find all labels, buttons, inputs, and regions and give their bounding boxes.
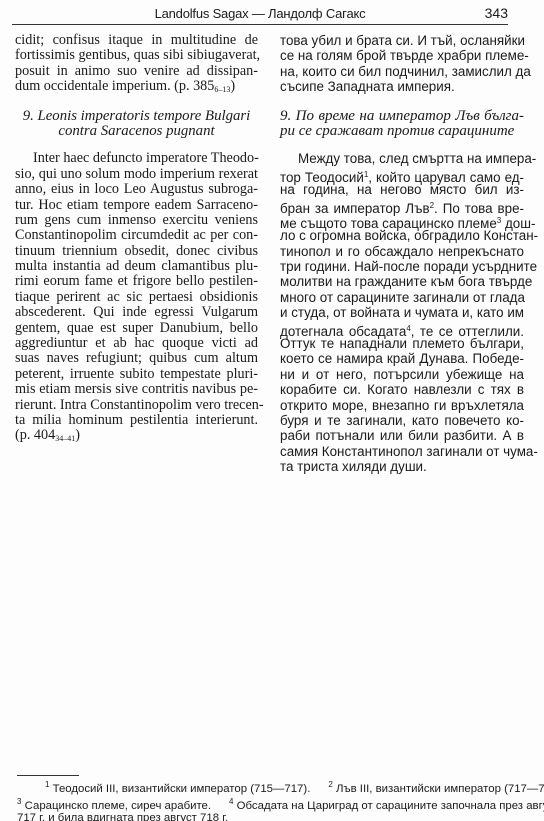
text-line: rierunt. Intra Constantinopolim vero tre… <box>15 398 258 413</box>
page-number: 343 <box>485 5 508 21</box>
bulgarian-body-paragraph: Между това, след смъртта на импера- тор … <box>280 151 524 474</box>
text-line: tur. Hoc etiam tempore eadem Sarraceno- <box>15 198 258 213</box>
text-line: молитви на гражданите към бога твърде <box>280 274 524 289</box>
text-line: anno, eius in loco Leo Augustus subroga- <box>15 182 258 197</box>
bulgarian-intro-paragraph: това убил и брата си. И тъй, осланяйки с… <box>280 33 524 95</box>
footnote-2: Лъв III, византийски император (717—741)… <box>336 783 544 795</box>
text-line: и студа, от войната и чумата и, като им <box>280 305 524 320</box>
text-line: ни и от него, потърсили убежище на <box>280 367 524 382</box>
footnote-4-continued: 717 г. и била вдигната през август 718 г… <box>17 812 228 821</box>
heading-line: 9. По време на император Лъв бълга- <box>280 109 524 124</box>
footnote-line: 3 Сарацинско племе, сиреч арабите.4 Обса… <box>17 796 527 813</box>
text-line: posuit in animo suo venire ad dissipan- <box>15 64 258 79</box>
text-line: дотегнала обсадата4, те се оттеглили. <box>280 321 524 336</box>
text-line: три години. Най-после поради усърдните <box>280 259 524 274</box>
text-line: Inter haec defuncto imperatore Theodo- <box>15 151 258 166</box>
citation: dum occidentale imperium. (p. 385 <box>15 78 214 94</box>
footnotes: 1 Теодосий III, византийски император (7… <box>17 779 527 821</box>
text-line: rimi eorum fame et frigore bello pestile… <box>15 274 258 289</box>
running-title: Landolfus Sagax — Ландолф Сагакс <box>12 6 508 21</box>
latin-section-heading: 9. Leonis imperatoris tempore Bulgari co… <box>15 109 258 140</box>
text-line: sio, qui uno solum modo imperium rexerat <box>15 167 258 182</box>
text-line: открито море, внезапно ги връхлетяла <box>280 398 524 413</box>
citation-close: ) <box>230 78 235 94</box>
citation-lines: 34–41 <box>55 434 75 443</box>
text-line: tiaque perirent ac sic pertaesi obsidion… <box>15 290 258 305</box>
text-line: dum occidentale imperium. (p. 3856–13) <box>15 79 258 94</box>
footnote-divider <box>17 775 79 776</box>
footnote-4: Обсадата на Цариград от сарацините започ… <box>237 800 544 812</box>
text-line: aggrediuntur et ab hac quoque victi ad <box>15 336 258 351</box>
footnote-number: 2 <box>328 780 332 789</box>
text-line: раби потънали или били разбити. А в <box>280 428 524 443</box>
latin-body-paragraph: Inter haec defuncto imperatore Theodo- s… <box>15 151 258 443</box>
text-line: буря и те загинали, като повечето ко- <box>280 413 524 428</box>
text-line: корабите си. Когато навлезли с тях в <box>280 382 524 397</box>
text-line: тинопол и го обсаждало непрекъснато <box>280 244 524 259</box>
text-line: ta milia hominum pestilentia interierunt… <box>15 413 258 428</box>
text-line: peterent, irruente subito tempestate plu… <box>15 367 258 382</box>
text-line: ме същото това сарацинско племе3 дош- <box>280 213 524 228</box>
text-line: cidit; confisus itaque in multitudine de <box>15 33 258 48</box>
text-line: mis etiam mersis sive contritis navibus … <box>15 382 258 397</box>
bulgarian-column: това убил и брата си. И тъй, осланяйки с… <box>280 33 524 475</box>
footnote-line: 1 Теодосий III, византийски император (7… <box>17 779 527 796</box>
citation-lines: 6–13 <box>214 85 230 94</box>
latin-intro-paragraph: cidit; confisus itaque in multitudine de… <box>15 33 258 95</box>
footnote-number: 4 <box>229 797 233 806</box>
text-line: много от сарацините загинали от глада <box>280 290 524 305</box>
text-line: Constantinopolim circumdedit ac per con- <box>15 228 258 243</box>
heading-line: 9. Leonis imperatoris tempore Bulgari <box>15 109 258 124</box>
text-line: (p. 40434–41) <box>15 428 258 443</box>
footnote-line: 717 г. и била вдигната през август 718 г… <box>17 812 527 821</box>
text-line: gentem, quae est super Danubium, bello <box>15 321 258 336</box>
bulgarian-section-heading: 9. По време на император Лъв бълга- ри с… <box>280 109 524 140</box>
text-line: suas naves refugiunt; quibus cum altum <box>15 351 258 366</box>
text-line: на, които си бил подчинил, замислил да <box>280 64 524 79</box>
text-line: на година, на негово място бил из- <box>280 182 524 197</box>
text-line: fortissimis gentibus, quas sibi sibiugav… <box>15 48 258 63</box>
text-line: multa instantia ad deum clamantibus plu- <box>15 259 258 274</box>
text-line: самия Константинопол загинали от чума- <box>280 444 524 459</box>
footnote-number: 3 <box>17 797 21 806</box>
text-line: ло с огромна войска, обградило Констан- <box>280 228 524 243</box>
text-line: та триста хиляди души. <box>280 459 524 474</box>
text-line: Оттук те нападнали племето българи, <box>280 336 524 351</box>
citation: (p. 404 <box>15 427 55 443</box>
text-line: което се намира край Дунава. Победе- <box>280 351 524 366</box>
footnote-3: Сарацинско племе, сиреч арабите. <box>25 800 211 812</box>
footnote-1: Теодосий III, византийски император (715… <box>53 783 311 795</box>
text-line: Между това, след смъртта на импера- <box>280 151 524 166</box>
text-line: бран за император Лъв2. По това вре- <box>280 198 524 213</box>
heading-line: contra Saracenos pugnant <box>15 124 258 139</box>
text-line: tinuum triennium obsedit, donec civibus <box>15 244 258 259</box>
running-header: Landolfus Sagax — Ландолф Сагакс 343 <box>12 4 508 25</box>
text-line: rum gens cum inmenso exercitu veniens <box>15 213 258 228</box>
text-line: тор Теодосий1, който царувал само ед- <box>280 167 524 182</box>
heading-line: ри се сражават против сарацините <box>280 124 524 139</box>
citation-close: ) <box>75 427 80 443</box>
text-line: се на голям брой твърде храбри племе- <box>280 48 524 63</box>
footnote-number: 1 <box>45 780 49 789</box>
latin-column: cidit; confisus itaque in multitudine de… <box>15 33 258 444</box>
text-line: това убил и брата си. И тъй, осланяйки <box>280 33 524 48</box>
text-line: съсипе Западната империя. <box>280 79 524 94</box>
text-line: abscederent. Qui inde egressi Vulgarum <box>15 305 258 320</box>
